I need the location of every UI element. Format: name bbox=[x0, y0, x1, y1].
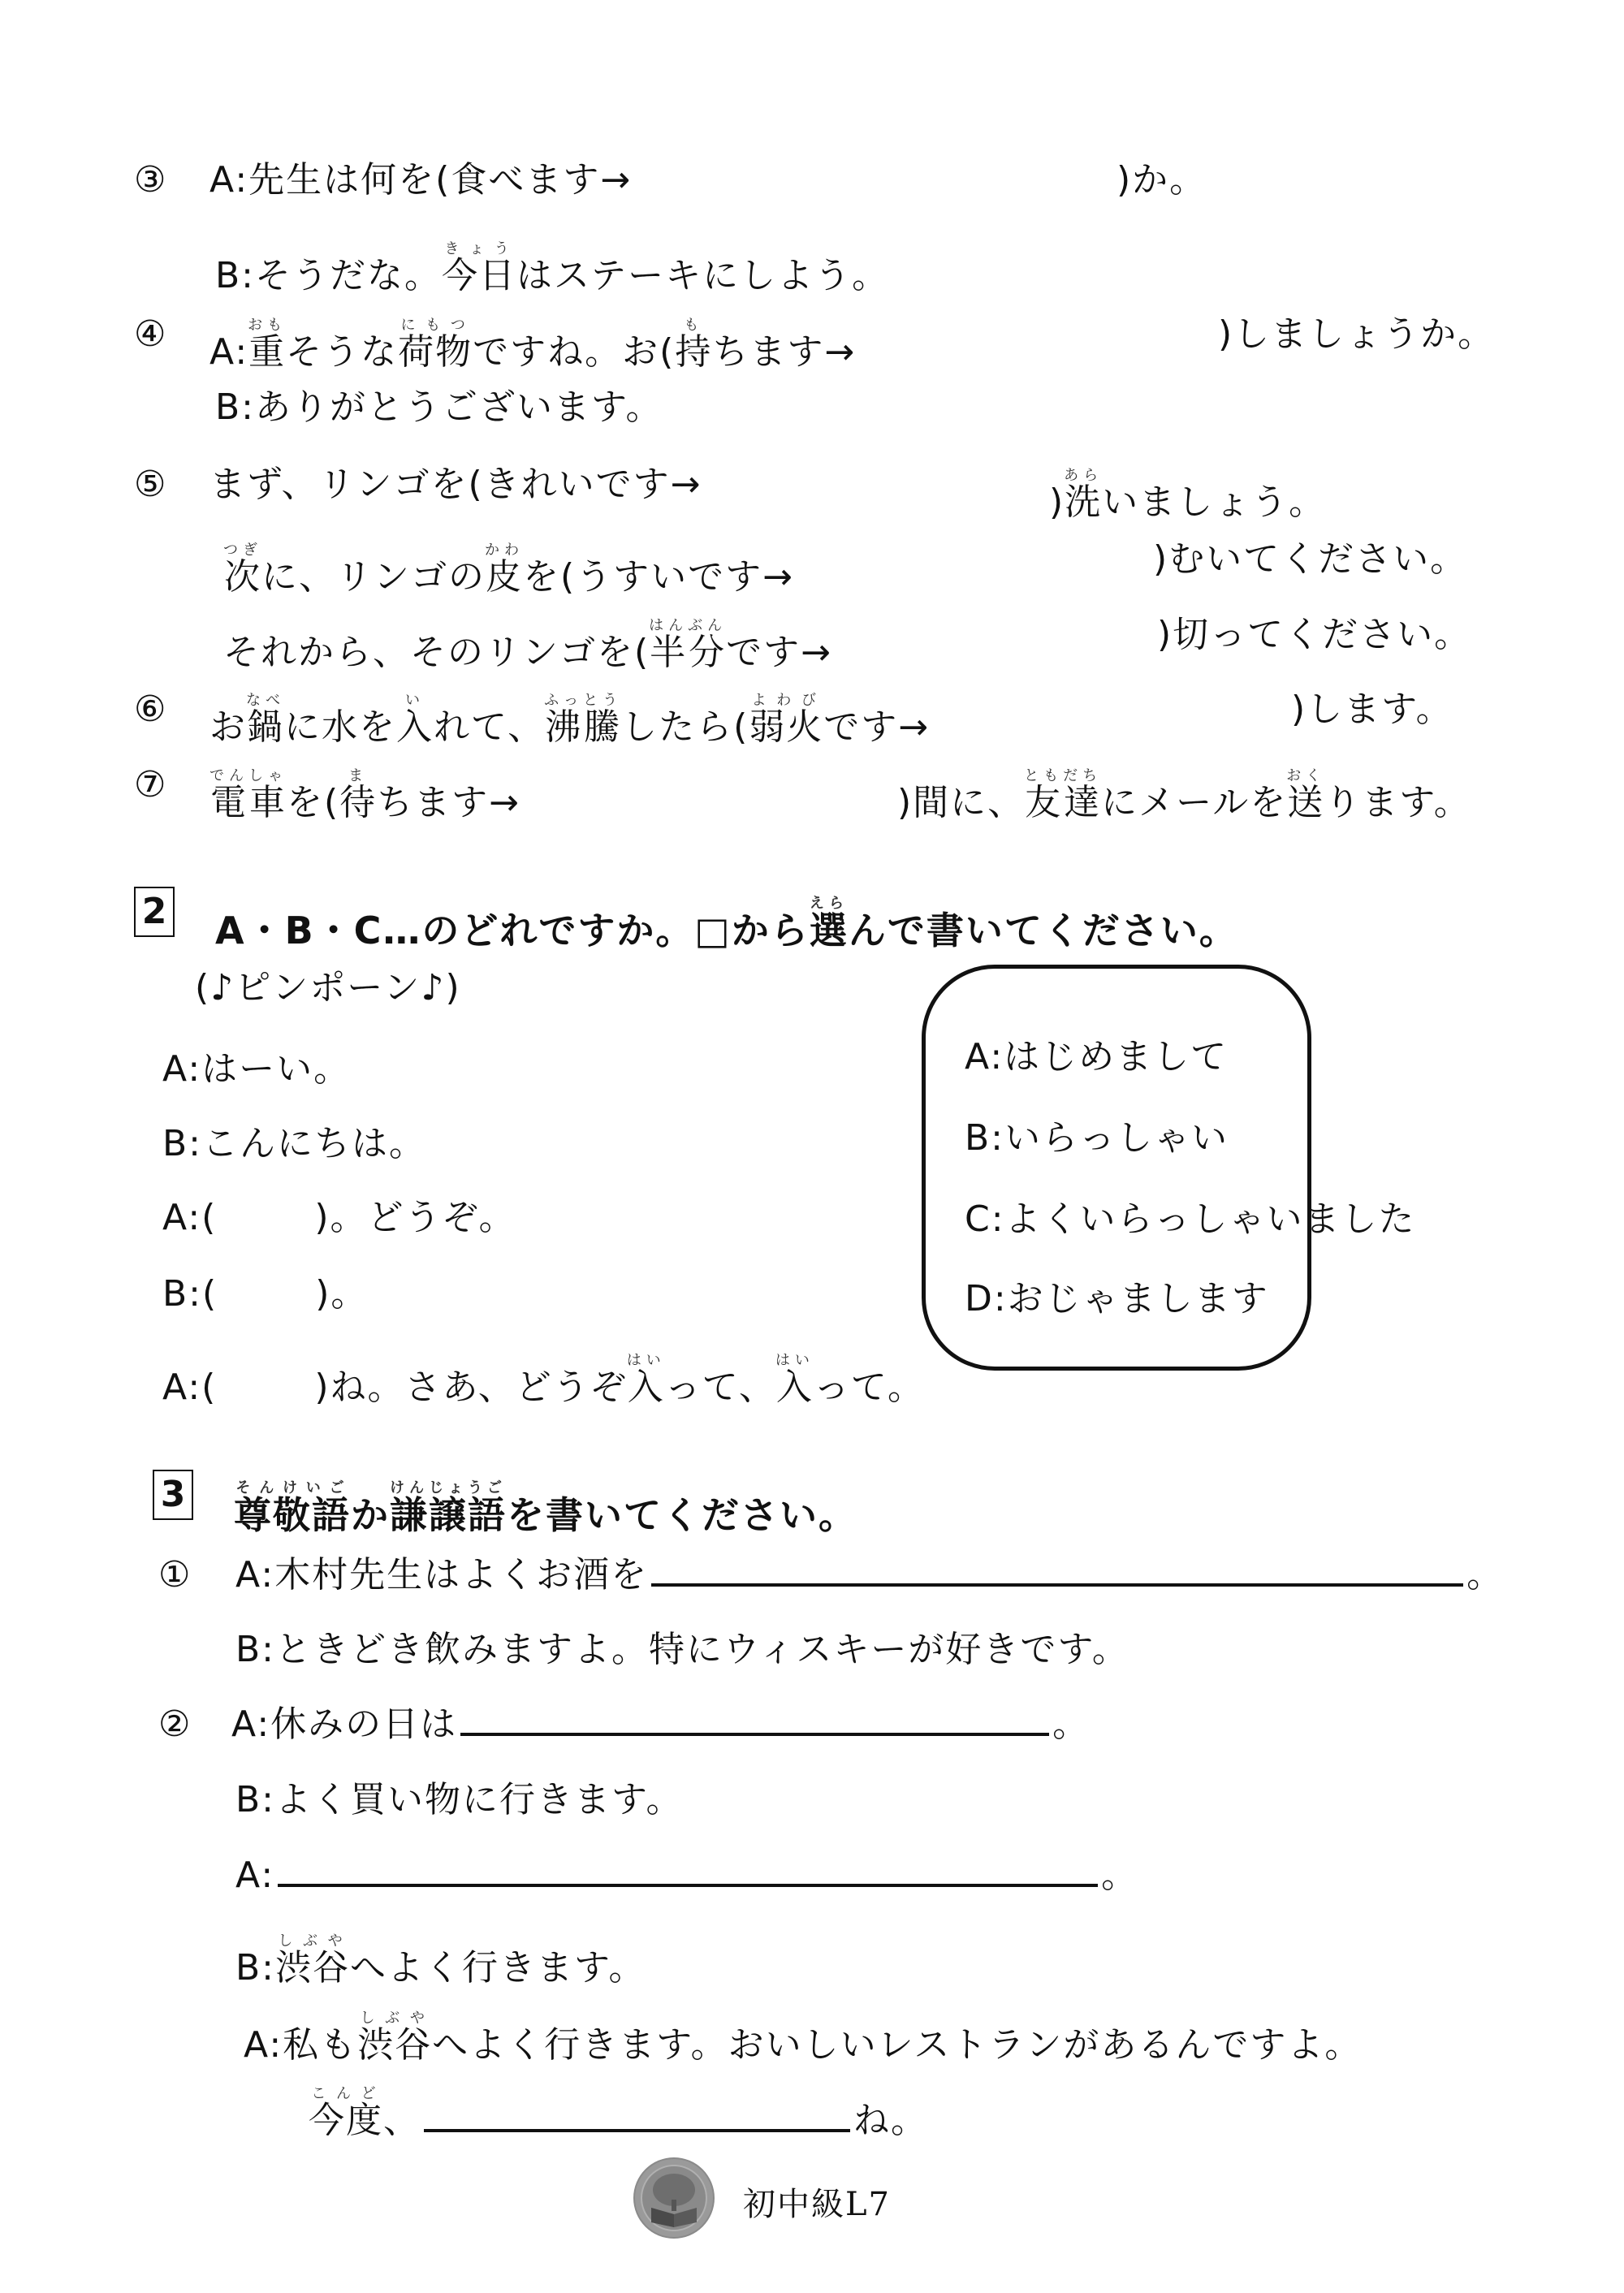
question-number: ③ bbox=[134, 162, 166, 198]
q5-line-1-end: )洗あらいましょう。 bbox=[1049, 467, 1326, 520]
furigana: 今度こんど bbox=[309, 2100, 383, 2141]
q3-line-b: B:そうだな。今日きょうはステーキにしよう。 bbox=[215, 240, 889, 294]
q6-line: お鍋なべに水を入いれて、沸騰ふっとうしたら(弱火よわびです→ bbox=[209, 692, 930, 745]
furigana: 次つぎ bbox=[223, 556, 261, 598]
ruby-text: にもつ bbox=[398, 317, 473, 334]
question-number: ④ bbox=[134, 317, 166, 352]
ruby-base: 皮 bbox=[485, 556, 524, 598]
speaker-label: B: bbox=[215, 255, 255, 296]
furigana: 謙譲語けんじょうご bbox=[390, 1493, 507, 1537]
furigana: 電車でんしゃ bbox=[209, 782, 287, 823]
ruby-base: 鍋 bbox=[246, 706, 285, 748]
ruby-text: はんぶん bbox=[649, 617, 727, 634]
choice-text: いらっしゃい bbox=[1004, 1117, 1229, 1159]
furigana: 選えら bbox=[810, 909, 849, 952]
ruby-text: も bbox=[675, 317, 712, 334]
choice-d: D:おじゃまします bbox=[965, 1269, 1269, 1321]
prompt-text: そうな bbox=[286, 331, 398, 373]
paren-close: ) bbox=[314, 1197, 330, 1238]
furigana: 渋谷しぶや bbox=[357, 2024, 432, 2066]
furigana: 半分はんぶん bbox=[650, 632, 726, 673]
choice-label: B: bbox=[965, 1117, 1004, 1159]
dialogue-text: って。 bbox=[814, 1367, 925, 1408]
q5-line-2-end: )むいてください。 bbox=[1153, 542, 1467, 577]
furigana: 重おも bbox=[248, 331, 286, 373]
ruby-text: はい bbox=[627, 1352, 666, 1369]
dialogue-text: はステーキにしよう。 bbox=[516, 255, 889, 296]
paren-close: ) bbox=[314, 1367, 330, 1408]
ruby-text: はい bbox=[775, 1352, 814, 1369]
dialogue-line-4: B:()。 bbox=[162, 1276, 368, 1312]
q4-line-b: B:ありがとうございます。 bbox=[215, 390, 663, 425]
furigana: 友達ともだち bbox=[1025, 782, 1101, 823]
speaker-label: B: bbox=[235, 1779, 275, 1820]
paren: ) bbox=[1049, 481, 1065, 523]
ruby-base: 洗 bbox=[1064, 481, 1103, 523]
prompt-text: です→ bbox=[726, 632, 832, 673]
instruction-text: か bbox=[351, 1493, 390, 1537]
speaker-label: A: bbox=[244, 2024, 283, 2066]
dialogue-text: 、 bbox=[383, 2100, 421, 2141]
prompt-text: お bbox=[209, 706, 247, 748]
prompt-text: れて、 bbox=[434, 706, 545, 748]
dialogue-text: ね。さあ、どうぞ bbox=[330, 1367, 628, 1408]
answer-line[interactable] bbox=[460, 1725, 1049, 1736]
dialogue-text: はーい。 bbox=[201, 1048, 351, 1090]
q6-line-end: )します。 bbox=[1291, 692, 1453, 728]
ruby-text: えら bbox=[810, 895, 849, 912]
ruby-base: 入 bbox=[627, 1367, 666, 1408]
ruby-text: こんど bbox=[309, 2085, 383, 2102]
ruby-text: なべ bbox=[246, 692, 285, 709]
furigana: 鍋なべ bbox=[247, 706, 284, 748]
speaker-label: A: bbox=[235, 1855, 274, 1896]
q7-line-end: )間に、友達ともだちにメールを送おくります。 bbox=[897, 767, 1471, 821]
q5-line-3: それから、そのリンゴを(半分はんぶんです→ bbox=[223, 617, 832, 671]
s3-q2-line-b: B:よく買い物に行きます。 bbox=[235, 1782, 684, 1818]
choice-label: C: bbox=[965, 1198, 1005, 1240]
instruction-text: を書いてください。 bbox=[507, 1493, 857, 1537]
ruby-text: きょう bbox=[442, 240, 516, 257]
doorbell-cue: (♪ピンポーン♪) bbox=[195, 970, 461, 1006]
s3-q1-line-a: A:木村先生はよくお酒を。 bbox=[235, 1557, 1504, 1593]
dialogue-text: ね。 bbox=[853, 2100, 928, 2141]
ruby-text: つぎ bbox=[223, 542, 262, 559]
prompt-text: です→ bbox=[823, 706, 930, 748]
ruby-base: 尊敬語 bbox=[234, 1493, 351, 1537]
ruby-text: かわ bbox=[485, 542, 524, 559]
furigana: 入い bbox=[396, 706, 434, 748]
ruby-base: 持 bbox=[675, 331, 712, 373]
speaker-label: A: bbox=[231, 1704, 270, 1745]
ruby-text: おく bbox=[1286, 767, 1325, 784]
q3-line-a: A:先生は何を(食べます→ bbox=[209, 162, 632, 198]
prompt-text: いましょう。 bbox=[1102, 481, 1326, 523]
furigana: 尊敬語そんけいご bbox=[234, 1493, 351, 1537]
ruby-base: 電車 bbox=[209, 782, 287, 823]
choice-text: はじめまして bbox=[1004, 1036, 1228, 1077]
paren-close: ) bbox=[315, 1273, 330, 1315]
dialogue-text: こんにちは。 bbox=[202, 1123, 426, 1164]
prompt-text: 木村先生はよくお酒を bbox=[274, 1554, 648, 1596]
prompt-text: ちます→ bbox=[377, 782, 520, 823]
instruction-text: A・B・C…のどれですか。□から bbox=[215, 909, 810, 952]
ruby-text: そんけいご bbox=[234, 1479, 351, 1496]
ruby-base: 入 bbox=[396, 706, 434, 748]
question-number: ⑤ bbox=[134, 467, 166, 503]
dialogue-text: へよく行きます。おいしいレストランがあるんですよ。 bbox=[432, 2024, 1362, 2066]
furigana: 持も bbox=[675, 331, 712, 373]
prompt-text: それから、そのリンゴを( bbox=[223, 632, 650, 673]
answer-line[interactable] bbox=[424, 2121, 850, 2132]
ruby-base: 沸騰 bbox=[544, 706, 622, 748]
s3-q1-line-b: B:ときどき飲みますよ。特にウィスキーが好きです。 bbox=[235, 1632, 1129, 1668]
section-number-box: 2 bbox=[134, 887, 175, 937]
prompt-text: を(うすいです→ bbox=[523, 556, 794, 598]
ruby-base: 重 bbox=[248, 331, 287, 373]
furigana: 皮かわ bbox=[486, 556, 523, 598]
ruby-base: 半分 bbox=[649, 632, 727, 673]
speaker-label: A: bbox=[162, 1367, 201, 1408]
prompt-text: ります。 bbox=[1324, 782, 1471, 823]
ruby-text: ふっとう bbox=[544, 692, 622, 709]
furigana: 入はい bbox=[776, 1367, 814, 1408]
question-number: ② bbox=[158, 1707, 190, 1742]
furigana: 送おく bbox=[1287, 782, 1324, 823]
choice-a: A:はじめまして bbox=[965, 1027, 1228, 1079]
dialogue-line-2: B:こんにちは。 bbox=[162, 1126, 426, 1162]
ruby-text: ともだち bbox=[1024, 767, 1102, 784]
section2-instruction: A・B・C…のどれですか。□から選えらんで書いてください。 bbox=[215, 895, 1238, 949]
furigana: 弱火よわび bbox=[749, 706, 823, 748]
dialogue-text: へよく行きます。 bbox=[350, 1947, 646, 1989]
dialogue-text: 。どうぞ。 bbox=[330, 1197, 516, 1238]
speaker-label: A: bbox=[162, 1197, 201, 1238]
prompt-text: を( bbox=[287, 782, 339, 823]
s3-q2-line-b2: B:渋谷しぶやへよく行きます。 bbox=[235, 1932, 646, 1986]
dialogue-text: 私も bbox=[283, 2024, 357, 2066]
answer-line[interactable] bbox=[651, 1575, 1463, 1587]
ruby-text: よわび bbox=[749, 692, 823, 709]
ruby-base: 次 bbox=[223, 556, 262, 598]
section-number-box: 3 bbox=[153, 1470, 193, 1520]
ruby-base: 弱火 bbox=[749, 706, 823, 748]
period: 。 bbox=[1466, 1554, 1504, 1596]
ruby-base: 友達 bbox=[1024, 782, 1102, 823]
speaker-label: B: bbox=[235, 1629, 275, 1670]
furigana: 洗あら bbox=[1065, 481, 1102, 523]
furigana: 待ま bbox=[339, 782, 377, 823]
ruby-base: 謙譲語 bbox=[390, 1493, 507, 1537]
speaker-label: B: bbox=[235, 1947, 275, 1989]
answer-line[interactable] bbox=[278, 1876, 1098, 1887]
furigana: 荷物にもつ bbox=[398, 331, 473, 373]
ruby-base: 入 bbox=[775, 1367, 814, 1408]
dialogue-line-1: A:はーい。 bbox=[162, 1051, 351, 1087]
speaker-label: B: bbox=[162, 1123, 202, 1164]
s3-q2-line-a: A:休みの日は。 bbox=[231, 1707, 1090, 1742]
q3-line-a-end: )か。 bbox=[1116, 162, 1207, 198]
ruby-text: ま bbox=[339, 767, 377, 784]
prompt-text: 休みの日は bbox=[270, 1704, 457, 1745]
ruby-base: 送 bbox=[1286, 782, 1325, 823]
prompt-text: に水を bbox=[284, 706, 396, 748]
page-label: 初中級L7 bbox=[743, 2179, 891, 2225]
s3-q2-line-a2: A:。 bbox=[235, 1858, 1138, 1894]
dialogue-text: 。 bbox=[330, 1273, 368, 1315]
speaker-label: A: bbox=[235, 1554, 274, 1596]
question-number: ① bbox=[158, 1557, 190, 1593]
prompt-text: ちます→ bbox=[712, 331, 856, 373]
ruby-base: 荷物 bbox=[398, 331, 473, 373]
speaker-label: B: bbox=[162, 1273, 202, 1315]
dialogue-text: ときどき飲みますよ。特にウィスキーが好きです。 bbox=[275, 1629, 1129, 1670]
q5-line-2: 次つぎに、リンゴの皮かわを(うすいです→ bbox=[223, 542, 794, 595]
answer-choices-box: A:はじめまして B:いらっしゃい C:よくいらっしゃいました D:おじゃましま… bbox=[922, 965, 1311, 1371]
choice-text: おじゃまします bbox=[1008, 1278, 1269, 1319]
s3-q2-line-a4: 今度こんど、ね。 bbox=[309, 2085, 928, 2139]
ruby-base: 選 bbox=[810, 909, 849, 952]
paren-open: ( bbox=[202, 1273, 218, 1315]
paren-open: ( bbox=[201, 1197, 217, 1238]
dialogue-line-5: A:()ね。さあ、どうぞ入はいって、入はいって。 bbox=[162, 1352, 925, 1406]
dialogue-text: って、 bbox=[665, 1367, 776, 1408]
ruby-text: けんじょうご bbox=[390, 1479, 507, 1496]
ruby-text: しぶや bbox=[275, 1932, 350, 1950]
prompt-text: にメールを bbox=[1101, 782, 1287, 823]
question-number: ⑦ bbox=[134, 767, 166, 803]
ruby-base: 渋谷 bbox=[357, 2024, 432, 2066]
q5-line-3-end: )切ってください。 bbox=[1157, 617, 1471, 653]
ruby-text: でんしゃ bbox=[209, 767, 287, 784]
ruby-text: おも bbox=[248, 317, 287, 334]
ruby-base: 渋谷 bbox=[275, 1947, 350, 1989]
ruby-base: 待 bbox=[339, 782, 377, 823]
prompt-text: したら( bbox=[621, 706, 749, 748]
s3-q2-line-a3: A:私も渋谷しぶやへよく行きます。おいしいレストランがあるんですよ。 bbox=[244, 2010, 1362, 2063]
ruby-text: あら bbox=[1064, 467, 1103, 484]
furigana: 入はい bbox=[628, 1367, 665, 1408]
dialogue-text: よく買い物に行きます。 bbox=[275, 1779, 683, 1820]
q5-line-1: まず、リンゴを(きれいです→ bbox=[209, 467, 702, 503]
furigana: 今日きょう bbox=[442, 255, 516, 296]
section3-instruction: 尊敬語そんけいごか謙譲語けんじょうごを書いてください。 bbox=[234, 1479, 857, 1534]
prompt-text: )間に、 bbox=[897, 782, 1025, 823]
ruby-text: しぶや bbox=[357, 2010, 432, 2027]
period: 。 bbox=[1101, 1855, 1138, 1896]
choice-c: C:よくいらっしゃいました bbox=[965, 1190, 1416, 1242]
ruby-text: い bbox=[396, 692, 434, 709]
q7-line: 電車でんしゃを(待まちます→ bbox=[209, 767, 520, 821]
ruby-base: 今日 bbox=[442, 255, 516, 296]
speaker-label: A: bbox=[209, 159, 248, 201]
choice-label: D: bbox=[965, 1278, 1008, 1319]
furigana: 渋谷しぶや bbox=[275, 1947, 350, 1989]
prompt-text: に、リンゴの bbox=[261, 556, 486, 598]
question-number: ⑥ bbox=[134, 692, 166, 728]
furigana: 沸騰ふっとう bbox=[545, 706, 621, 748]
prompt-text: 先生は何を(食べます→ bbox=[248, 159, 632, 201]
q4-line-a: A:重おもそうな荷物にもつですね。お(持もちます→ bbox=[209, 317, 856, 370]
school-emblem-icon bbox=[633, 2157, 715, 2239]
speaker-label: B: bbox=[215, 386, 255, 428]
q4-line-a-end: )しましょうか。 bbox=[1218, 317, 1495, 352]
speaker-label: A: bbox=[162, 1048, 201, 1090]
choice-text: よくいらっしゃいました bbox=[1005, 1198, 1416, 1240]
dialogue-line-3: A:()。どうぞ。 bbox=[162, 1200, 516, 1236]
speaker-label: A: bbox=[209, 331, 248, 373]
choice-label: A: bbox=[965, 1036, 1004, 1077]
dialogue-text: そうだな。 bbox=[255, 255, 442, 296]
period: 。 bbox=[1052, 1704, 1090, 1745]
paren-open: ( bbox=[201, 1367, 217, 1408]
instruction-text: んで書いてください。 bbox=[849, 909, 1238, 952]
prompt-text: ですね。お( bbox=[473, 331, 675, 373]
choice-b: B:いらっしゃい bbox=[965, 1108, 1229, 1160]
dialogue-text: ありがとうございます。 bbox=[255, 386, 663, 428]
ruby-base: 今度 bbox=[309, 2100, 383, 2141]
